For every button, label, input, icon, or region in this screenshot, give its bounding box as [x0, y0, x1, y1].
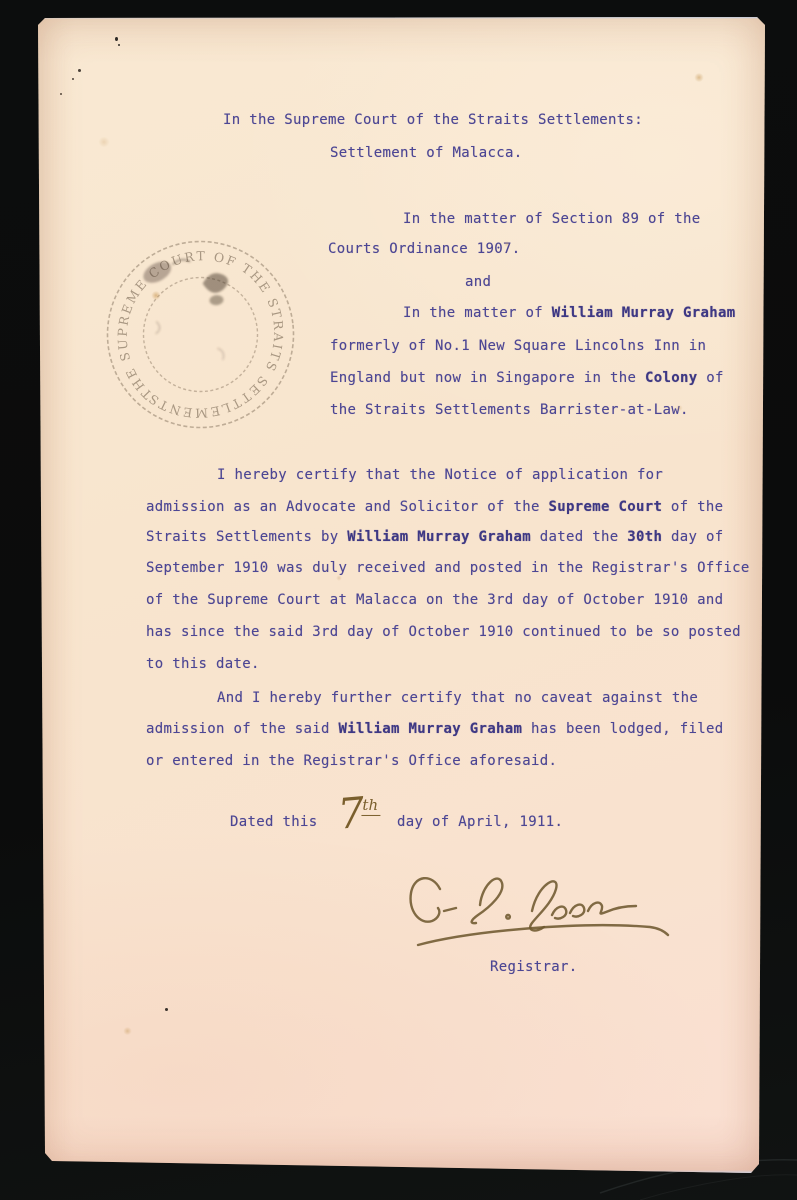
ink-speck [118, 44, 120, 46]
typed-segment: In the matter of Section 89 of the [403, 211, 700, 227]
typed-segment: to this date. [146, 656, 260, 672]
typed-segment: of the [662, 499, 723, 515]
typed-line: and [465, 274, 491, 291]
typed-segment: William Murray Graham [552, 305, 736, 321]
handwritten-day: 7th [336, 789, 382, 837]
typed-segment: has since the said 3rd day of October 19… [146, 624, 741, 640]
seal-crown-smudge [139, 251, 237, 367]
typed-segment: Settlement of Malacca. [330, 145, 522, 161]
typed-line: In the matter of William Murray Graham [403, 305, 735, 322]
typed-segment: admission as an Advocate and Solicitor o… [146, 499, 548, 515]
typed-line: to this date. [146, 656, 260, 673]
ink-speck [60, 93, 62, 95]
typed-segment: Supreme Court [548, 499, 662, 515]
typed-line: In the Supreme Court of the Straits Sett… [223, 112, 643, 129]
dated-prefix: Dated this [230, 814, 318, 831]
typed-segment: Courts Ordinance 1907. [328, 241, 520, 257]
seal-ring-text: THE SUPREME COURT OF THE STRAITS SETTLEM… [88, 222, 295, 433]
typed-line: Courts Ordinance 1907. [328, 241, 520, 258]
handwritten-day-suffix: th [361, 796, 380, 816]
typed-segment: the Straits Settlements Barrister-at-Law… [330, 402, 689, 418]
typed-segment: September 1910 was duly received and pos… [146, 560, 750, 576]
typed-segment: England but now in Singapore in the [330, 370, 645, 386]
typed-segment: 30th [627, 529, 662, 545]
typed-segment: or entered in the Registrar's Office afo… [146, 753, 557, 769]
ink-speck [72, 78, 74, 80]
typed-segment: In the Supreme Court of the Straits Sett… [223, 112, 643, 128]
registrar-title: Registrar. [490, 959, 578, 976]
typed-line: admission of the said William Murray Gra… [146, 721, 723, 738]
typed-segment: I hereby certify that the Notice of appl… [217, 467, 663, 483]
typed-segment: In the matter of [403, 305, 552, 321]
typed-segment: Colony [645, 370, 698, 386]
registrar-signature [400, 863, 680, 963]
typed-segment: Straits Settlements by [146, 529, 347, 545]
typed-line: I hereby certify that the Notice of appl… [217, 467, 663, 484]
typed-line: the Straits Settlements Barrister-at-Law… [330, 402, 689, 419]
typed-segment: William Murray Graham [338, 721, 522, 737]
typed-line: or entered in the Registrar's Office afo… [146, 753, 557, 770]
typed-line: has since the said 3rd day of October 19… [146, 624, 741, 641]
typed-line: of the Supreme Court at Malacca on the 3… [146, 592, 723, 609]
seal-inner-ring [138, 272, 263, 397]
typed-segment: of [697, 370, 723, 386]
court-seal-stamp: THE SUPREME COURT OF THE STRAITS SETTLEM… [88, 222, 313, 447]
typed-segment: And I hereby further certify that no cav… [217, 690, 698, 706]
typed-segment: of the Supreme Court at Malacca on the 3… [146, 592, 723, 608]
age-spot [123, 1027, 132, 1035]
ink-speck [165, 1008, 168, 1011]
typed-line: Settlement of Malacca. [330, 145, 522, 162]
dated-rest: day of April, 1911. [397, 814, 563, 831]
typed-segment: day of [662, 529, 723, 545]
typed-line: formerly of No.1 New Square Lincolns Inn… [330, 338, 706, 355]
age-spot [694, 73, 704, 82]
typed-segment: formerly of No.1 New Square Lincolns Inn… [330, 338, 706, 354]
typed-segment: has been lodged, filed [522, 721, 723, 737]
typed-line: England but now in Singapore in the Colo… [330, 370, 724, 387]
document-paper: THE SUPREME COURT OF THE STRAITS SETTLEM… [38, 17, 765, 1173]
ink-speck [78, 69, 81, 72]
typed-line: In the matter of Section 89 of the [403, 211, 700, 228]
photo-background: THE SUPREME COURT OF THE STRAITS SETTLEM… [0, 0, 797, 1200]
typed-segment: admission of the said [146, 721, 338, 737]
ink-speck [115, 37, 118, 41]
typed-segment: dated the [531, 529, 627, 545]
typed-line: Straits Settlements by William Murray Gr… [146, 529, 723, 546]
age-spot [98, 137, 110, 147]
typed-line: admission as an Advocate and Solicitor o… [146, 499, 723, 516]
typed-segment: and [465, 274, 491, 290]
typed-line: September 1910 was duly received and pos… [146, 560, 750, 577]
typed-line: And I hereby further certify that no cav… [217, 690, 698, 707]
typed-segment: William Murray Graham [347, 529, 531, 545]
